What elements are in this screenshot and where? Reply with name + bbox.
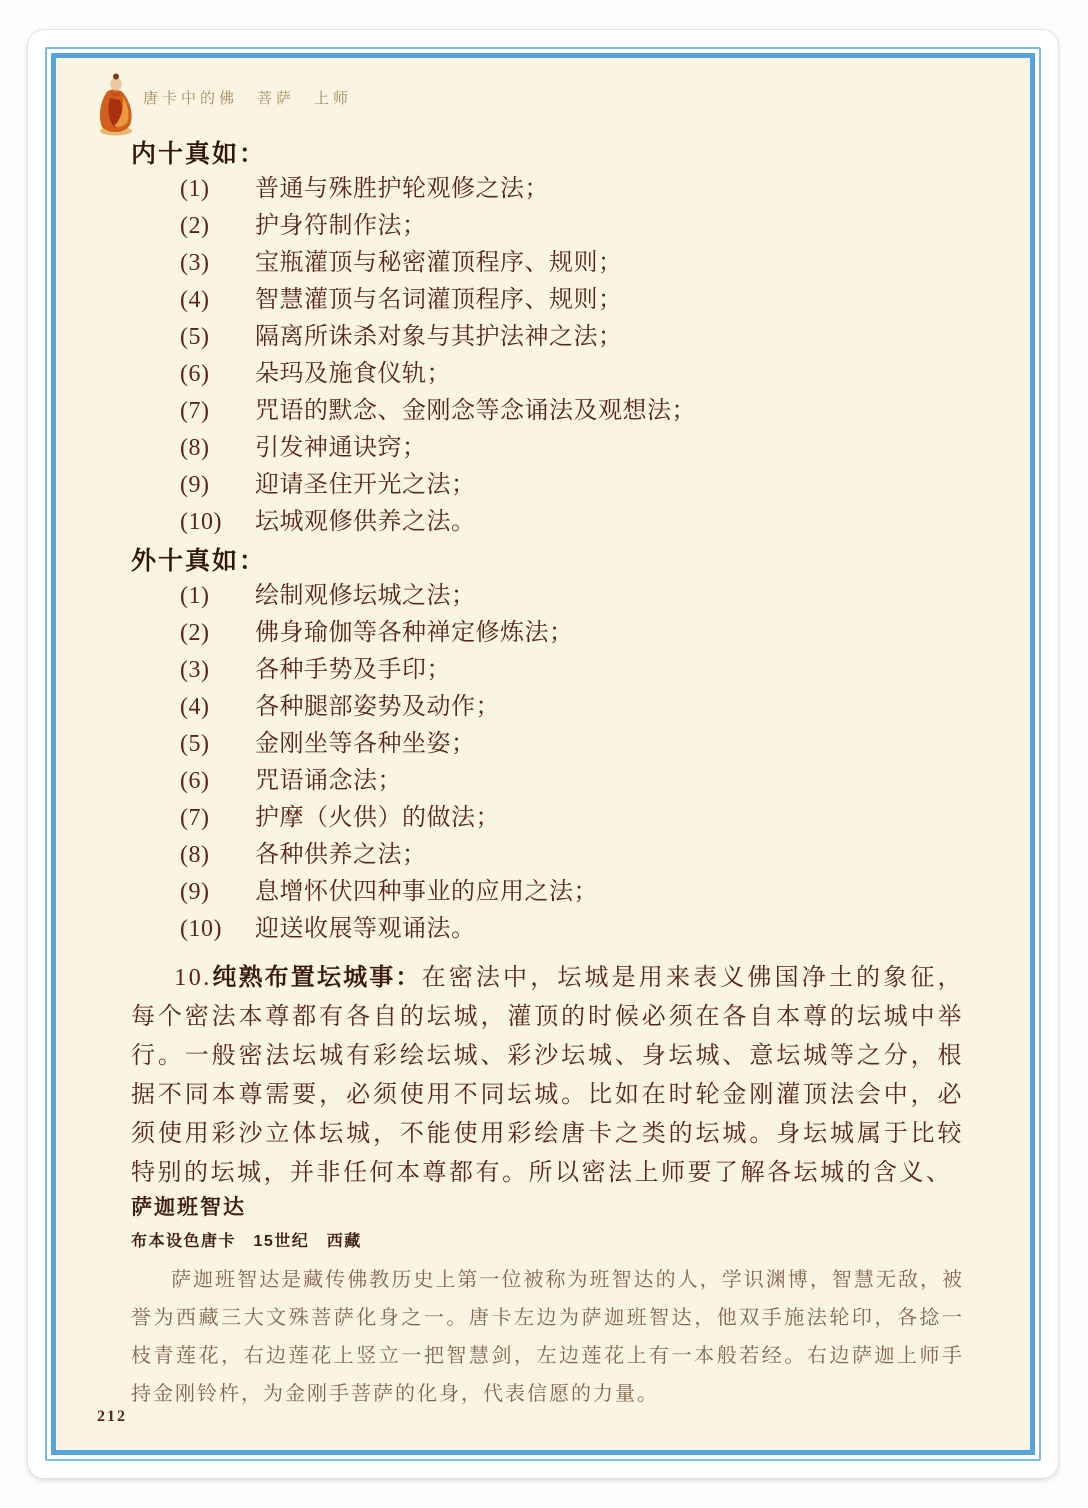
list-item-text: 各种手势及手印；	[255, 652, 964, 689]
page-header: 唐卡中的佛 菩萨 上师	[131, 71, 964, 133]
list-item-number: (5)	[180, 319, 255, 356]
list-item: (8) 各种供养之法；	[131, 837, 964, 874]
list-item-text: 智慧灌顶与名词灌顶程序、规则；	[255, 282, 964, 319]
list-item-text: 引发神通诀窍；	[255, 430, 964, 467]
list-item-number: (2)	[180, 615, 255, 652]
list-item-number: (5)	[180, 726, 255, 763]
list-item: (10) 坛城观修供养之法。	[131, 504, 964, 541]
body-paragraph: 10.纯熟布置坛城事：在密法中，坛城是用来表义佛国净土的象征，每个密法本尊都有各…	[131, 958, 964, 1193]
list-item-number: (10)	[180, 911, 255, 948]
list-item: (8) 引发神通诀窍；	[131, 430, 964, 467]
list-item-number: (3)	[180, 245, 255, 282]
list-item-number: (3)	[180, 652, 255, 689]
list-item-number: (4)	[180, 282, 255, 319]
paragraph-text: 在密法中，坛城是用来表义佛国净土的象征，每个密法本尊都有各自的坛城，灌顶的时候必…	[131, 965, 964, 1186]
list-item: (1) 普通与殊胜护轮观修之法；	[131, 171, 964, 208]
list-item-text: 护摩（火供）的做法；	[255, 800, 964, 837]
section-heading-inner-ten: 内十真如：	[131, 137, 964, 171]
list-item-number: (10)	[180, 504, 255, 541]
list-item: (1) 绘制观修坛城之法；	[131, 578, 964, 615]
list-item-text: 佛身瑜伽等各种禅定修炼法；	[255, 615, 964, 652]
list-item: (2) 护身符制作法；	[131, 208, 964, 245]
paragraph-number: 10.	[174, 965, 212, 991]
list-item: (7) 咒语的默念、金刚念等念诵法及观想法；	[131, 393, 964, 430]
page-content: 唐卡中的佛 菩萨 上师 内十真如： (1) 普通与殊胜护轮观修之法； (2) 护…	[56, 58, 1030, 1450]
list-item-text: 息增怀伏四种事业的应用之法；	[255, 874, 964, 911]
scanned-page: 唐卡中的佛 菩萨 上师 内十真如： (1) 普通与殊胜护轮观修之法； (2) 护…	[28, 30, 1058, 1478]
list-item-text: 朵玛及施食仪轨；	[255, 356, 964, 393]
inner-ten-list: (1) 普通与殊胜护轮观修之法； (2) 护身符制作法； (3) 宝瓶灌顶与秘密…	[131, 171, 964, 541]
list-item-text: 各种供养之法；	[255, 837, 964, 874]
list-item-number: (7)	[180, 800, 255, 837]
list-item-text: 绘制观修坛城之法；	[255, 578, 964, 615]
list-item: (3) 宝瓶灌顶与秘密灌顶程序、规则；	[131, 245, 964, 282]
section-heading-outer-ten: 外十真如：	[131, 544, 964, 578]
list-item: (5) 隔离所诛杀对象与其护法神之法；	[131, 319, 964, 356]
outer-ten-list: (1) 绘制观修坛城之法； (2) 佛身瑜伽等各种禅定修炼法； (3) 各种手势…	[131, 578, 964, 948]
list-item-text: 咒语的默念、金刚念等念诵法及观想法；	[255, 393, 964, 430]
page-number: 212	[97, 1408, 127, 1426]
list-item: (4) 智慧灌顶与名词灌顶程序、规则；	[131, 282, 964, 319]
list-item-number: (1)	[180, 578, 255, 615]
list-item-number: (1)	[180, 171, 255, 208]
list-item-number: (2)	[180, 208, 255, 245]
caption-meta: 布本设色唐卡 15世纪 西藏	[131, 1231, 964, 1253]
list-item: (2) 佛身瑜伽等各种禅定修炼法；	[131, 615, 964, 652]
list-item-number: (6)	[180, 356, 255, 393]
list-item-text: 隔离所诛杀对象与其护法神之法；	[255, 319, 964, 356]
list-item-text: 迎送收展等观诵法。	[255, 911, 964, 948]
list-item: (10) 迎送收展等观诵法。	[131, 911, 964, 948]
list-item: (9) 迎请圣住开光之法；	[131, 467, 964, 504]
list-item-number: (6)	[180, 763, 255, 800]
list-item-number: (4)	[180, 689, 255, 726]
list-item: (7) 护摩（火供）的做法；	[131, 800, 964, 837]
seated-buddha-logo-icon	[93, 71, 139, 137]
inner-blue-frame: 唐卡中的佛 菩萨 上师 内十真如： (1) 普通与殊胜护轮观修之法； (2) 护…	[51, 53, 1035, 1455]
list-item: (6) 咒语诵念法；	[131, 763, 964, 800]
list-item-text: 宝瓶灌顶与秘密灌顶程序、规则；	[255, 245, 964, 282]
list-item: (4) 各种腿部姿势及动作；	[131, 689, 964, 726]
list-item-text: 金刚坐等各种坐姿；	[255, 726, 964, 763]
list-item-text: 迎请圣住开光之法；	[255, 467, 964, 504]
list-item-number: (8)	[180, 837, 255, 874]
list-item: (9) 息增怀伏四种事业的应用之法；	[131, 874, 964, 911]
list-item-text: 咒语诵念法；	[255, 763, 964, 800]
book-title: 唐卡中的佛 菩萨 上师	[143, 87, 352, 108]
book-page-scan: { "header": { "brand": "唐卡中的佛 菩萨 上师" }, …	[0, 0, 1088, 1508]
list-item: (3) 各种手势及手印；	[131, 652, 964, 689]
list-item: (6) 朵玛及施食仪轨；	[131, 356, 964, 393]
list-item-number: (8)	[180, 430, 255, 467]
list-item-text: 坛城观修供养之法。	[255, 504, 964, 541]
caption-title: 萨迦班智达	[131, 1193, 964, 1223]
paragraph-lead: 纯熟布置坛城事：	[212, 964, 422, 991]
list-item-number: (9)	[180, 874, 255, 911]
list-item-text: 各种腿部姿势及动作；	[255, 689, 964, 726]
list-item: (5) 金刚坐等各种坐姿；	[131, 726, 964, 763]
list-item-text: 护身符制作法；	[255, 208, 964, 245]
caption-body: 萨迦班智达是藏传佛教历史上第一位被称为班智达的人，学识渊博，智慧无敌，被誉为西藏…	[131, 1261, 964, 1413]
list-item-number: (9)	[180, 467, 255, 504]
list-item-text: 普通与殊胜护轮观修之法；	[255, 171, 964, 208]
list-item-number: (7)	[180, 393, 255, 430]
